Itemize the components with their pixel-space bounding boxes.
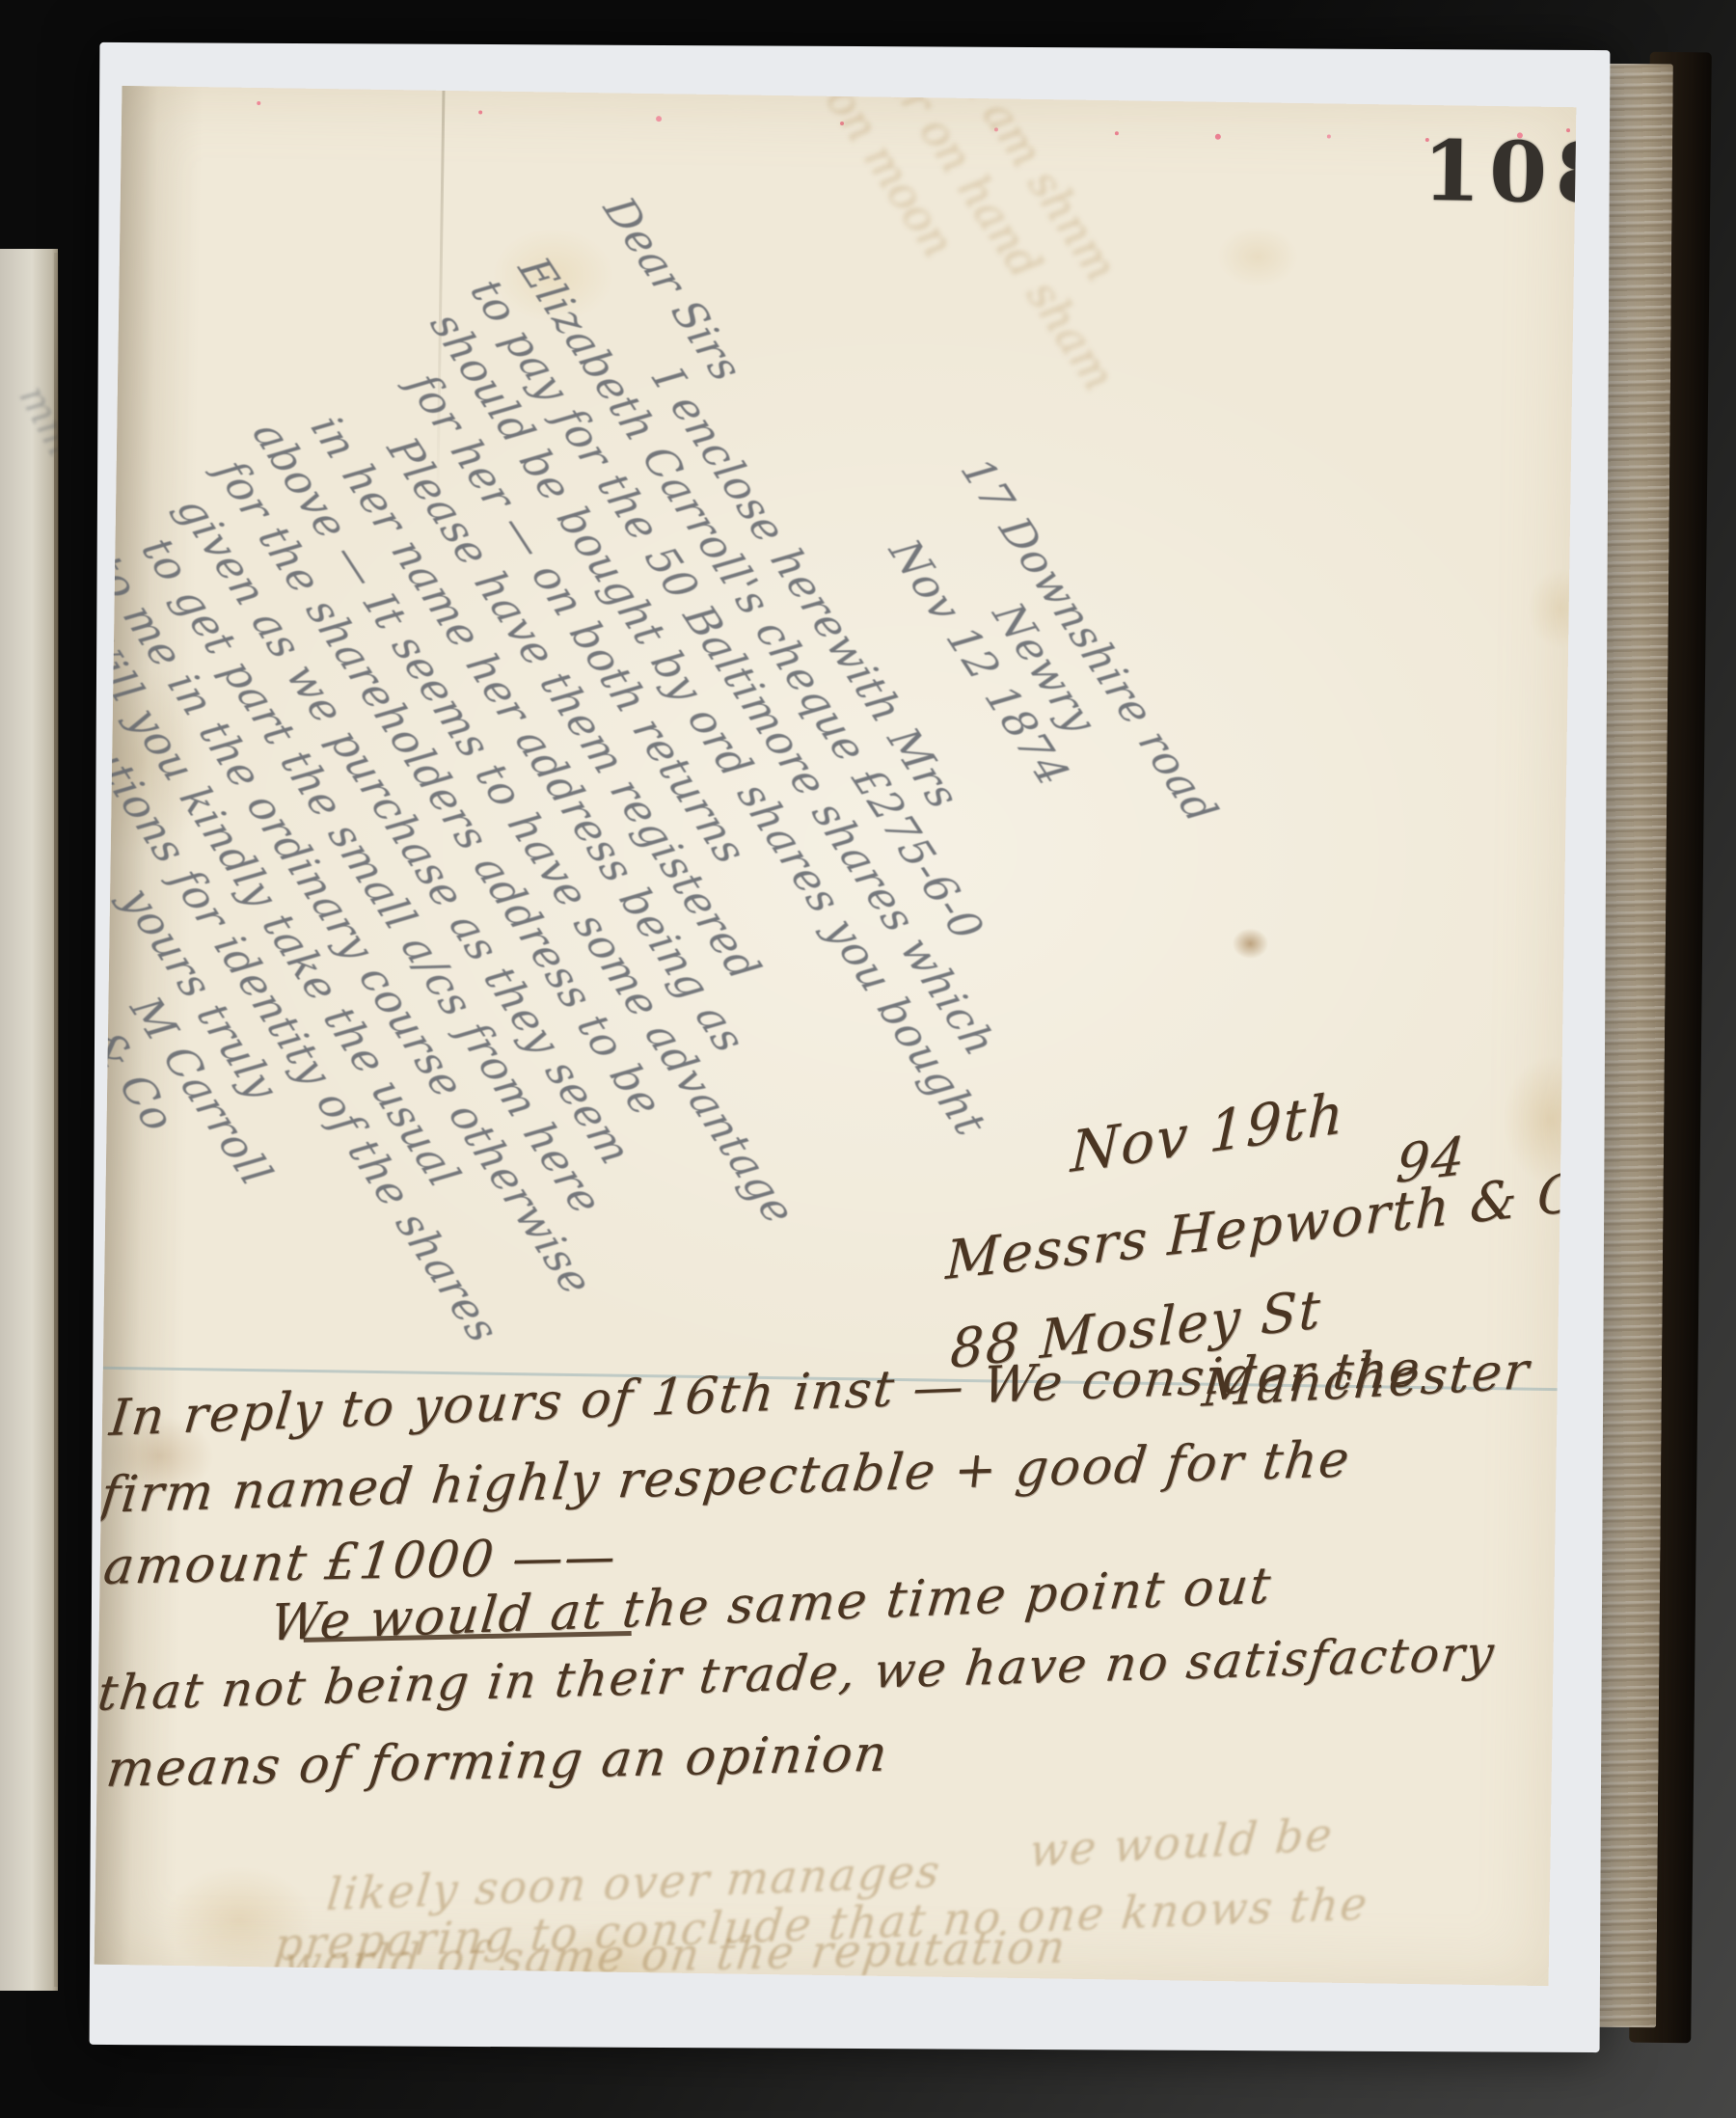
photographed-letterbook-page: 108 non am shnm mr on hand sham on moon …	[0, 0, 1736, 2118]
ledger-page: 108 non am shnm mr on hand sham on moon …	[95, 86, 1577, 1986]
previous-leaf-edge: mm on	[0, 249, 58, 1991]
ink-note-recipient: Messrs Hepworth & Co	[945, 1162, 1577, 1288]
ink-note-body-line: firm named highly respectable + good for…	[98, 1434, 1353, 1521]
ink-note-date: Nov 19th	[1070, 1084, 1345, 1181]
ghost-bottom-line: we would be	[1028, 1812, 1336, 1874]
ink-note-body-line: means of forming an opinion	[103, 1729, 891, 1795]
gutter-crease	[54, 253, 59, 1987]
page-number-stamp: 108	[1423, 130, 1577, 216]
binding-red-specks	[257, 101, 260, 105]
ink-note-body-line: amount £1000 ——	[101, 1532, 620, 1592]
illegible-ghost-fragment: mm on	[8, 377, 58, 519]
